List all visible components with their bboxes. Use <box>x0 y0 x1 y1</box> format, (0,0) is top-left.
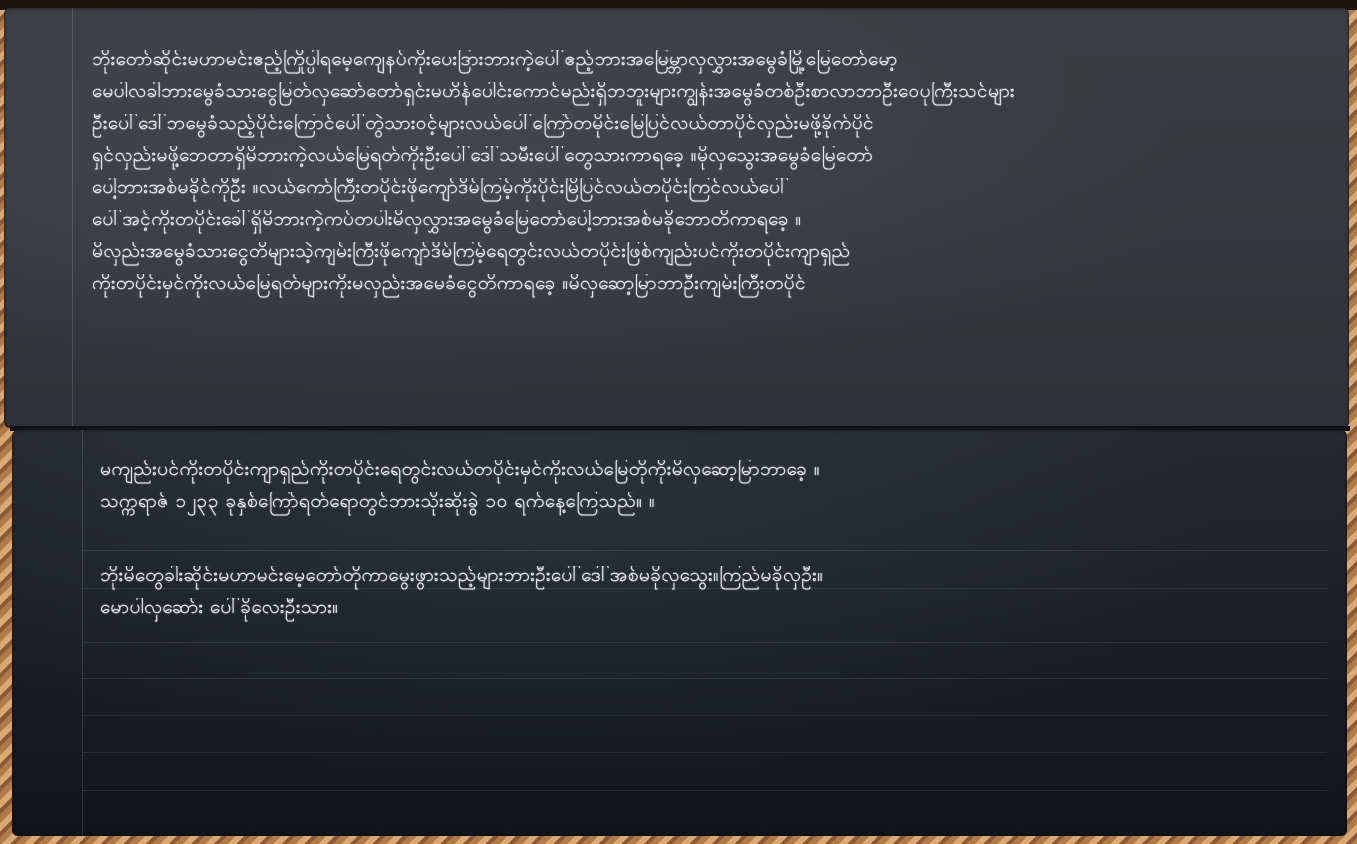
ruled-line <box>82 642 1327 643</box>
manuscript-line: သက္ကရာဇ် ၁၂၃၃ ခုနှစ်ကြော်ရတ်ရောတွင်ဘားသိ… <box>100 492 1307 524</box>
manuscript-line: မကျည်းပင်ကိုးတပိုင်းကျာရှည်ကိုးတပိုင်းရေ… <box>100 460 1307 492</box>
bottom-panel-text: မကျည်းပင်ကိုးတပိုင်းကျာရှည်ကိုးတပိုင်းရေ… <box>100 460 1307 630</box>
ruled-line <box>82 715 1327 716</box>
manuscript-line: ဘိုးတော်ဆိုင်းမဟာမင်းဧည့်ကြိုပ္ပါရမေ့ကျေ… <box>92 50 1309 82</box>
manuscript-line-blank <box>100 524 1307 566</box>
manuscript-line: ဦးပေါ်ဒေါ်ဘမွေခံသည့်ပိုင်းကြောင်ပေါ်တွဲသ… <box>92 114 1309 146</box>
ruled-line <box>82 678 1327 679</box>
manuscript-bottom-panel: မကျည်းပင်ကိုးတပိုင်းကျာရှည်ကိုးတပိုင်းရေ… <box>12 430 1347 836</box>
manuscript-line: ဘိုးမိတွေခါးဆိုင်းမဟာမင်းမေ့တော်တိုကာမွေ… <box>100 566 1307 598</box>
ruled-line <box>82 752 1327 753</box>
manuscript-line: မိလှည်းအမွေခံသားငွေတိများသဲ့ကျမ်းကြီးဖို… <box>92 242 1309 274</box>
margin-line <box>82 430 83 836</box>
manuscript-line: ကိုးတပိုင်းမှင်ကိုးလယ်မြေရတ်များကိုးမလှည… <box>92 274 1309 306</box>
margin-line <box>72 8 73 428</box>
top-panel-text: ဘိုးတော်ဆိုင်းမဟာမင်းဧည့်ကြိုပ္ပါရမေ့ကျေ… <box>92 50 1309 306</box>
manuscript-top-panel: ဘိုးတော်ဆိုင်းမဟာမင်းဧည့်ကြိုပ္ပါရမေ့ကျေ… <box>4 8 1349 428</box>
ruled-line <box>82 790 1327 791</box>
manuscript-line: မေပါလခါဘားမွေခံသားငွေမြတ်လှဆော်တော်ရှင်း… <box>92 82 1309 114</box>
manuscript-line: ရှင်လှည်းမဖို့ဘေတာရှိမိဘားကဲ့လယ်မြေရတ်ကိ… <box>92 146 1309 178</box>
manuscript-line: ပေါ်အင့်ကိုးတပိုင်းခေါ်ရှိမိဘားကဲ့ကပ်တပါ… <box>92 210 1309 242</box>
manuscript-line: မောပါလှဆော်း ပေါ်ခိုလေးဦးသား။ <box>100 598 1307 630</box>
manuscript-line: ပေါ့ဘားအစ်မခိုင်ကိုဦး ။လယ်ကော်ကြီးတပိုင်… <box>92 178 1309 210</box>
